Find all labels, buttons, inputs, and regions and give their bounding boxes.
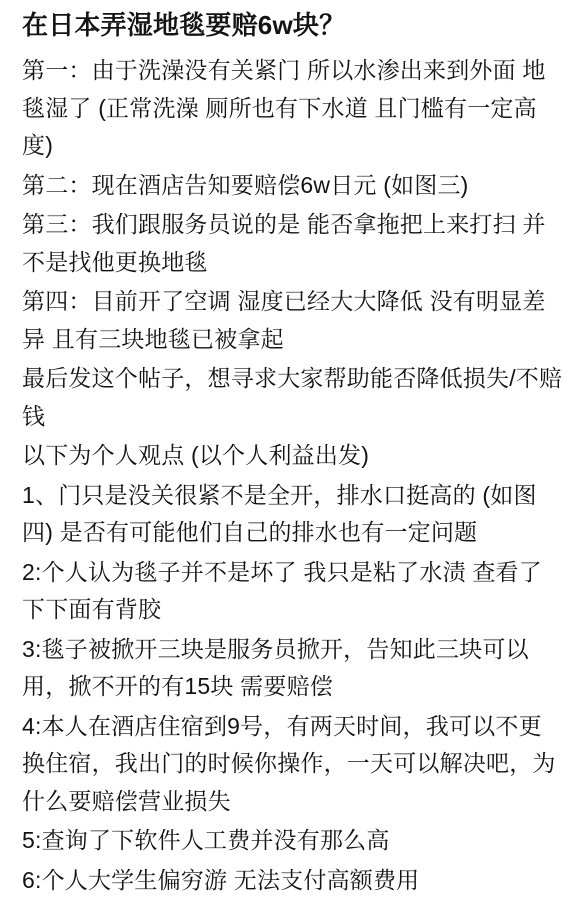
paragraph: 1、门只是没关很紧不是全开，排水口挺高的 (如图四) 是否有可能他们自己的排水也…: [22, 477, 563, 552]
paragraph: 最后发这个帖子，想寻求大家帮助能否降低损失/不赔钱: [22, 360, 563, 435]
paragraph: 2:个人认为毯子并不是坏了 我只是粘了水渍 查看了下下面有背胶: [22, 554, 563, 629]
paragraph: 4:本人在酒店住宿到9号，有两天时间，我可以不更换住宿，我出门的时候你操作，一天…: [22, 708, 563, 821]
paragraph: 第二：现在酒店告知要赔偿6w日元 (如图三): [22, 167, 563, 205]
paragraph: 5:查询了下软件人工费并没有那么高: [22, 822, 563, 860]
paragraph: 第一：由于洗澡没有关紧门 所以水渗出来到外面 地毯湿了 (正常洗澡 厕所也有下水…: [22, 52, 563, 165]
paragraph: 3:毯子被掀开三块是服务员掀开，告知此三块可以用，掀不开的有15块 需要赔偿: [22, 631, 563, 706]
paragraph: 以下为个人观点 (以个人利益出发): [22, 437, 563, 475]
post-body: 第一：由于洗澡没有关紧门 所以水渗出来到外面 地毯湿了 (正常洗澡 厕所也有下水…: [22, 52, 563, 899]
paragraph: 6:个人大学生偏穷游 无法支付高额费用: [22, 862, 563, 899]
paragraph: 第四：目前开了空调 湿度已经大大降低 没有明显差异 且有三块地毯已被拿起: [22, 283, 563, 358]
paragraph: 第三：我们跟服务员说的是 能否拿拖把上来打扫 并不是找他更换地毯: [22, 206, 563, 281]
post-title: 在日本弄湿地毯要赔6w块？: [22, 8, 563, 42]
post: 在日本弄湿地毯要赔6w块？ 第一：由于洗澡没有关紧门 所以水渗出来到外面 地毯湿…: [0, 0, 577, 899]
